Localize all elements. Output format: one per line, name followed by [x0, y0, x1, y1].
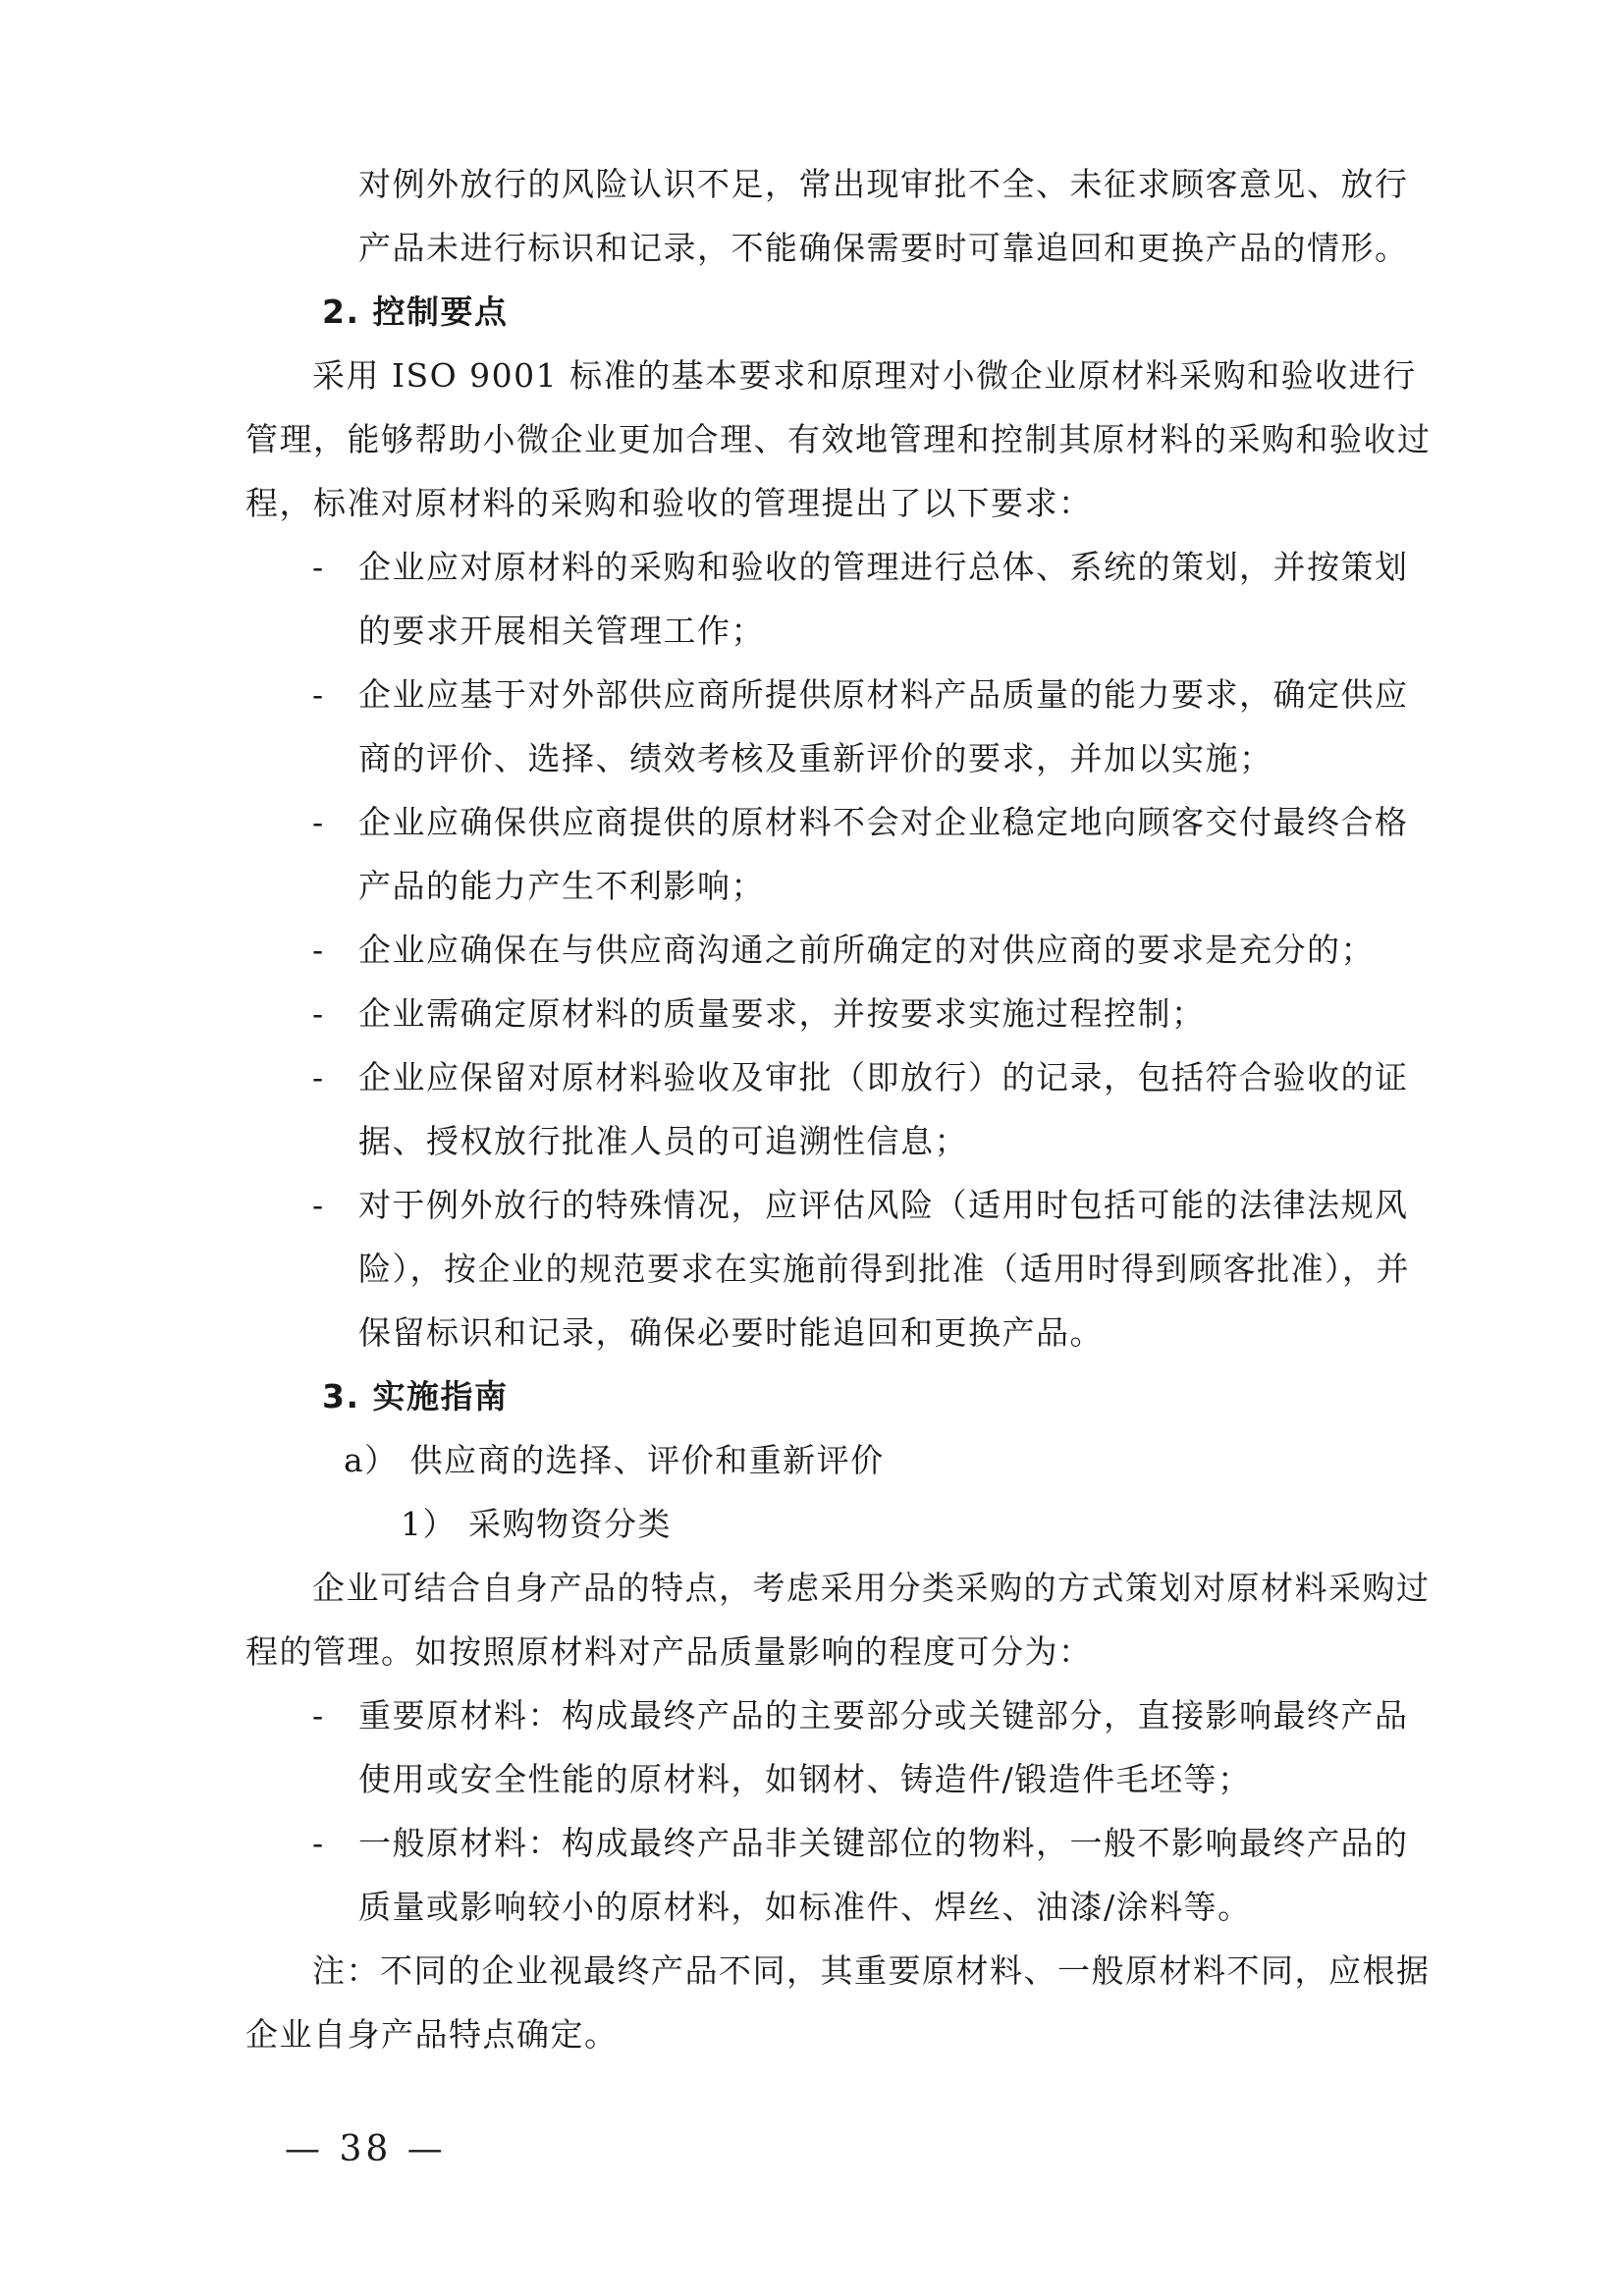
subsection-heading: a） 供应商的选择、评价和重新评价	[344, 1441, 885, 1480]
bullet-item-cont: 的要求开展相关管理工作；	[358, 612, 765, 651]
bullet-item: 企业需确定原材料的质量要求，并按要求实施过程控制；	[358, 994, 1206, 1034]
bullet-item-cont: 据、授权放行批准人员的可追溯性信息；	[358, 1122, 968, 1161]
paragraph-line: 对例外放行的风险认识不足，常出现审批不全、未征求顾客意见、放行	[358, 165, 1409, 204]
paragraph-line: 企业可结合自身产品的特点，考虑采用分类采购的方式策划对原材料采购过	[312, 1569, 1431, 1608]
bullet-item-cont: 产品的能力产生不利影响；	[358, 867, 765, 906]
bullet-item: 一般原材料：构成最终产品非关键部位的物料，一般不影响最终产品的	[358, 1824, 1409, 1863]
bullet-dash: -	[312, 1058, 323, 1097]
section-heading-implementation-guide: 3. 实施指南	[322, 1377, 509, 1416]
paragraph-line: 产品未进行标识和记录，不能确保需要时可靠追回和更换产品的情形。	[358, 229, 1409, 268]
bullet-dash: -	[312, 675, 323, 715]
bullet-item: 企业应对原材料的采购和验收的管理进行总体、系统的策划，并按策划	[358, 548, 1409, 587]
page-number: — 38 —	[285, 2128, 447, 2171]
bullet-item: 企业应确保供应商提供的原材料不会对企业稳定地向顾客交付最终合格	[358, 803, 1409, 842]
bullet-item-cont: 质量或影响较小的原材料，如标准件、焊丝、油漆/涂料等。	[358, 1888, 1252, 1927]
bullet-item: 企业应基于对外部供应商所提供原材料产品质量的能力要求，确定供应	[358, 675, 1409, 715]
paragraph-line: 程，标准对原材料的采购和验收的管理提出了以下要求：	[245, 484, 1093, 523]
bullet-dash: -	[312, 994, 323, 1034]
paragraph-line: 管理，能够帮助小微企业更加合理、有效地管理和控制其原材料的采购和验收过	[245, 420, 1432, 459]
bullet-dash: -	[312, 1696, 323, 1735]
bullet-item-cont: 使用或安全性能的原材料，如钢材、铸造件/锻造件毛坯等；	[358, 1760, 1252, 1799]
bullet-item: 企业应保留对原材料验收及审批（即放行）的记录，包括符合验收的证	[358, 1058, 1409, 1097]
bullet-dash: -	[312, 548, 323, 587]
note-line: 注：不同的企业视最终产品不同，其重要原材料、一般原材料不同，应根据	[312, 1951, 1431, 1991]
bullet-item: 重要原材料：构成最终产品的主要部分或关键部分，直接影响最终产品	[358, 1696, 1409, 1735]
bullet-dash: -	[312, 1186, 323, 1225]
paragraph-line: 采用 ISO 9001 标准的基本要求和原理对小微企业原材料采购和验收进行	[312, 356, 1417, 396]
bullet-item: 对于例外放行的特殊情况，应评估风险（适用时包括可能的法律法规风	[358, 1186, 1409, 1225]
paragraph-line: 程的管理。如按照原材料对产品质量影响的程度可分为：	[245, 1632, 1093, 1672]
bullet-item: 企业应确保在与供应商沟通之前所确定的对供应商的要求是充分的；	[358, 931, 1375, 970]
document-page: 对例外放行的风险认识不足，常出现审批不全、未征求顾客意见、放行 产品未进行标识和…	[0, 0, 1624, 2296]
note-line: 企业自身产品特点确定。	[245, 2015, 619, 2055]
bullet-dash: -	[312, 931, 323, 970]
bullet-item-cont: 保留标识和记录，确保必要时能追回和更换产品。	[358, 1313, 1104, 1353]
bullet-dash: -	[312, 803, 323, 842]
section-heading-control-points: 2. 控制要点	[322, 293, 509, 332]
bullet-item-cont: 商的评价、选择、绩效考核及重新评价的要求，并加以实施；	[358, 739, 1273, 778]
sub-subsection-heading: 1） 采购物资分类	[401, 1505, 672, 1544]
bullet-item-cont: 险），按企业的规范要求在实施前得到批准（适用时得到顾客批准），并	[358, 1250, 1410, 1289]
bullet-dash: -	[312, 1824, 323, 1863]
